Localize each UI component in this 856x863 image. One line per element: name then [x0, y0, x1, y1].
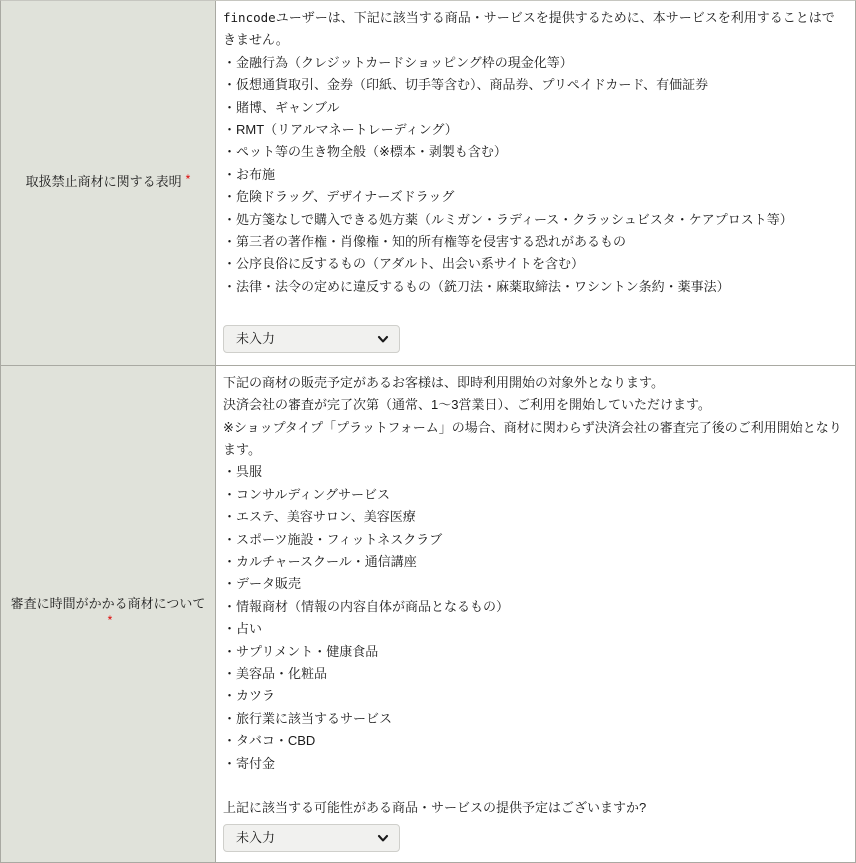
form-row-review-required-products: 審査に時間がかかる商材について* 下記の商材の販売予定があるお客様は、即時利用開… [1, 365, 855, 862]
text-line: 上記に該当する可能性がある商品・サービスの提供予定はございますか? [223, 797, 843, 819]
field-content-review-required-products: 下記の商材の販売予定があるお客様は、即時利用開始の対象外となります。決済会社の審… [216, 366, 855, 862]
text-line: ・法律・法令の定めに違反するもの（銃刀法・麻薬取締法・ワシントン条約・薬事法） [223, 276, 843, 298]
field-label-text: 審査に時間がかかる商材について [11, 596, 206, 611]
select-value: 未入力 [236, 831, 275, 844]
text-line: ・データ販売 [223, 573, 843, 595]
text-line: ・カツラ [223, 685, 843, 707]
text-line: ・仮想通貨取引、金券（印紙、切手等含む）、商品券、プリペイドカード、有価証券 [223, 74, 843, 96]
text-line: ・旅行業に該当するサービス [223, 708, 843, 730]
text-line: ・占い [223, 618, 843, 640]
merchant-application-form-table: 取扱禁止商材に関する表明* fincodeユーザーは、下記に該当する商品・サービ… [0, 0, 856, 863]
required-asterisk: * [108, 613, 113, 627]
review-required-products-select[interactable]: 未入力 [223, 824, 400, 852]
text-line: ・処方箋なしで購入できる処方薬（ルミガン・ラディース・クラッシュビスタ・ケアプロ… [223, 209, 843, 231]
text-line: ・呉服 [223, 461, 843, 483]
field-label-text: 取扱禁止商材に関する表明 [26, 174, 182, 189]
text-line: 決済会社の審査が完了次第（通常、1～3営業日）、ご利用を開始していただけます。 [223, 394, 843, 416]
text-line: 下記の商材の販売予定があるお客様は、即時利用開始の対象外となります。 [223, 372, 843, 394]
text-line: ・エステ、美容サロン、美容医療 [223, 506, 843, 528]
text-line: ・RMT（リアルマネートレーディング） [223, 119, 843, 141]
chevron-down-icon [377, 333, 389, 345]
prohibited-products-text-block: fincodeユーザーは、下記に該当する商品・サービスを提供するために、本サービ… [223, 7, 843, 321]
select-value: 未入力 [236, 332, 275, 345]
text-line: fincodeユーザーは、下記に該当する商品・サービスを提供するために、本サービ… [223, 7, 843, 52]
text-line: ・コンサルディングサービス [223, 484, 843, 506]
chevron-down-icon [377, 832, 389, 844]
text-line: ・お布施 [223, 164, 843, 186]
text-line: ・スポーツ施設・フィットネスクラブ [223, 529, 843, 551]
text-line: ・危険ドラッグ、デザイナーズドラッグ [223, 186, 843, 208]
text-line: ・ペット等の生き物全般（※標本・剥製も含む） [223, 141, 843, 163]
text-line: ・賭博、ギャンブル [223, 97, 843, 119]
field-label-review-required-products: 審査に時間がかかる商材について* [1, 366, 216, 862]
text-line: ・サプリメント・健康食品 [223, 641, 843, 663]
prohibited-products-select[interactable]: 未入力 [223, 325, 400, 353]
blank-line [223, 775, 843, 797]
text-line: ・カルチャースクール・通信講座 [223, 551, 843, 573]
blank-line [223, 298, 843, 320]
text-line: ・公序良俗に反するもの（アダルト、出会い系サイトを含む） [223, 253, 843, 275]
field-label-prohibited-products: 取扱禁止商材に関する表明* [1, 1, 216, 365]
text-line: ・情報商材（情報の内容自体が商品となるもの） [223, 596, 843, 618]
product-name-fincode: fincode [223, 10, 276, 25]
form-row-prohibited-products: 取扱禁止商材に関する表明* fincodeユーザーは、下記に該当する商品・サービ… [1, 1, 855, 365]
field-content-prohibited-products: fincodeユーザーは、下記に該当する商品・サービスを提供するために、本サービ… [216, 1, 855, 365]
text-line: ・寄付金 [223, 753, 843, 775]
text-line: ・美容品・化粧品 [223, 663, 843, 685]
required-asterisk: * [186, 172, 191, 186]
text-line: ・タバコ・CBD [223, 730, 843, 752]
text-line: ※ショップタイプ「プラットフォーム」の場合、商材に関わらず決済会社の審査完了後の… [223, 417, 843, 462]
text-line: ・金融行為（クレジットカードショッピング枠の現金化等） [223, 52, 843, 74]
text-line: ・第三者の著作権・肖像権・知的所有権等を侵害する恐れがあるもの [223, 231, 843, 253]
review-required-products-text-block: 下記の商材の販売予定があるお客様は、即時利用開始の対象外となります。決済会社の審… [223, 372, 843, 820]
